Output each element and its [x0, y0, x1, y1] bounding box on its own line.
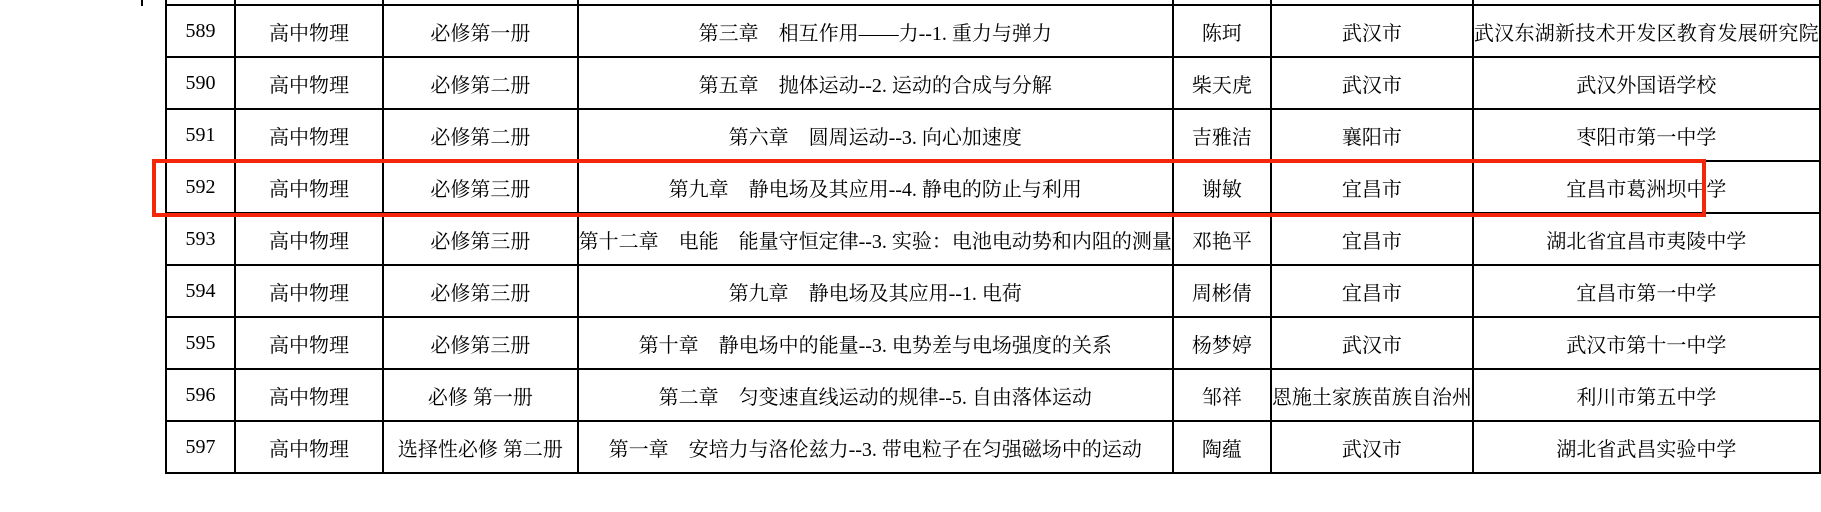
teacher-name-cell: 陶蕴 — [1173, 421, 1271, 473]
table-row: 591 高中物理 必修第二册 第六章 圆周运动--3. 向心加速度 吉雅洁 襄阳… — [166, 109, 1820, 161]
school-cell: 武汉东湖新技术开发区教育发展研究院 — [1473, 5, 1820, 57]
city-cell: 武汉市 — [1271, 317, 1473, 369]
subject-cell: 高中物理 — [235, 421, 383, 473]
subject-cell: 高中物理 — [235, 317, 383, 369]
award-list-table: 589 高中物理 必修第一册 第三章 相互作用——力--1. 重力与弹力 陈珂 … — [165, 0, 1821, 474]
row-number-cell: 593 — [166, 213, 235, 265]
volume-cell: 必修第一册 — [383, 5, 577, 57]
teacher-name-cell: 柴天虎 — [1173, 57, 1271, 109]
subject-cell: 高中物理 — [235, 57, 383, 109]
volume-cell: 必修第二册 — [383, 109, 577, 161]
lesson-title-cell: 第十二章 电能 能量守恒定律--3. 实验：电池电动势和内阻的测量 — [578, 213, 1173, 265]
row-number-cell: 596 — [166, 369, 235, 421]
subject-cell: 高中物理 — [235, 213, 383, 265]
row-number-cell: 589 — [166, 5, 235, 57]
city-cell: 襄阳市 — [1271, 109, 1473, 161]
school-cell: 武汉外国语学校 — [1473, 57, 1820, 109]
volume-cell: 必修第三册 — [383, 161, 577, 213]
lesson-title-cell: 第九章 静电场及其应用--1. 电荷 — [578, 265, 1173, 317]
table-row: 590 高中物理 必修第二册 第五章 抛体运动--2. 运动的合成与分解 柴天虎… — [166, 57, 1820, 109]
table-row: 596 高中物理 必修 第一册 第二章 匀变速直线运动的规律--5. 自由落体运… — [166, 369, 1820, 421]
row-number-cell: 591 — [166, 109, 235, 161]
table-row: 597 高中物理 选择性必修 第二册 第一章 安培力与洛伦兹力--3. 带电粒子… — [166, 421, 1820, 473]
subject-cell: 高中物理 — [235, 109, 383, 161]
school-cell: 湖北省武昌实验中学 — [1473, 421, 1820, 473]
teacher-name-cell: 邹祥 — [1173, 369, 1271, 421]
row-number-cell: 594 — [166, 265, 235, 317]
table-row: 589 高中物理 必修第一册 第三章 相互作用——力--1. 重力与弹力 陈珂 … — [166, 5, 1820, 57]
lesson-title-cell: 第五章 抛体运动--2. 运动的合成与分解 — [578, 57, 1173, 109]
page: 589 高中物理 必修第一册 第三章 相互作用——力--1. 重力与弹力 陈珂 … — [0, 0, 1821, 512]
school-cell: 武汉市第十一中学 — [1473, 317, 1820, 369]
school-cell: 利川市第五中学 — [1473, 369, 1820, 421]
city-cell: 宜昌市 — [1271, 265, 1473, 317]
table-row: 593 高中物理 必修第三册 第十二章 电能 能量守恒定律--3. 实验：电池电… — [166, 213, 1820, 265]
teacher-name-cell: 陈珂 — [1173, 5, 1271, 57]
school-cell: 宜昌市第一中学 — [1473, 265, 1820, 317]
lesson-title-cell: 第三章 相互作用——力--1. 重力与弹力 — [578, 5, 1173, 57]
volume-cell: 必修 第一册 — [383, 369, 577, 421]
city-cell: 恩施土家族苗族自治州 — [1271, 369, 1473, 421]
lesson-title-cell: 第二章 匀变速直线运动的规律--5. 自由落体运动 — [578, 369, 1173, 421]
teacher-name-cell: 吉雅洁 — [1173, 109, 1271, 161]
cropped-border-stub — [141, 0, 143, 6]
city-cell: 宜昌市 — [1271, 161, 1473, 213]
lesson-title-cell: 第十章 静电场中的能量--3. 电势差与电场强度的关系 — [578, 317, 1173, 369]
teacher-name-cell: 杨梦婷 — [1173, 317, 1271, 369]
school-cell: 宜昌市葛洲坝中学 — [1473, 161, 1820, 213]
city-cell: 武汉市 — [1271, 5, 1473, 57]
city-cell: 武汉市 — [1271, 57, 1473, 109]
teacher-name-cell: 周彬倩 — [1173, 265, 1271, 317]
lesson-title-cell: 第九章 静电场及其应用--4. 静电的防止与利用 — [578, 161, 1173, 213]
table-body: 589 高中物理 必修第一册 第三章 相互作用——力--1. 重力与弹力 陈珂 … — [166, 0, 1820, 473]
row-number-cell: 592 — [166, 161, 235, 213]
subject-cell: 高中物理 — [235, 369, 383, 421]
lesson-title-cell: 第一章 安培力与洛伦兹力--3. 带电粒子在匀强磁场中的运动 — [578, 421, 1173, 473]
lesson-title-cell: 第六章 圆周运动--3. 向心加速度 — [578, 109, 1173, 161]
teacher-name-cell: 谢敏 — [1173, 161, 1271, 213]
volume-cell: 必修第三册 — [383, 213, 577, 265]
row-number-cell: 595 — [166, 317, 235, 369]
volume-cell: 必修第二册 — [383, 57, 577, 109]
school-cell: 枣阳市第一中学 — [1473, 109, 1820, 161]
school-cell: 湖北省宜昌市夷陵中学 — [1473, 213, 1820, 265]
city-cell: 宜昌市 — [1271, 213, 1473, 265]
subject-cell: 高中物理 — [235, 161, 383, 213]
table-row: 594 高中物理 必修第三册 第九章 静电场及其应用--1. 电荷 周彬倩 宜昌… — [166, 265, 1820, 317]
subject-cell: 高中物理 — [235, 5, 383, 57]
city-cell: 武汉市 — [1271, 421, 1473, 473]
table-row: 592 高中物理 必修第三册 第九章 静电场及其应用--4. 静电的防止与利用 … — [166, 161, 1820, 213]
subject-cell: 高中物理 — [235, 265, 383, 317]
volume-cell: 必修第三册 — [383, 265, 577, 317]
row-number-cell: 597 — [166, 421, 235, 473]
teacher-name-cell: 邓艳平 — [1173, 213, 1271, 265]
table-row: 595 高中物理 必修第三册 第十章 静电场中的能量--3. 电势差与电场强度的… — [166, 317, 1820, 369]
volume-cell: 选择性必修 第二册 — [383, 421, 577, 473]
volume-cell: 必修第三册 — [383, 317, 577, 369]
row-number-cell: 590 — [166, 57, 235, 109]
